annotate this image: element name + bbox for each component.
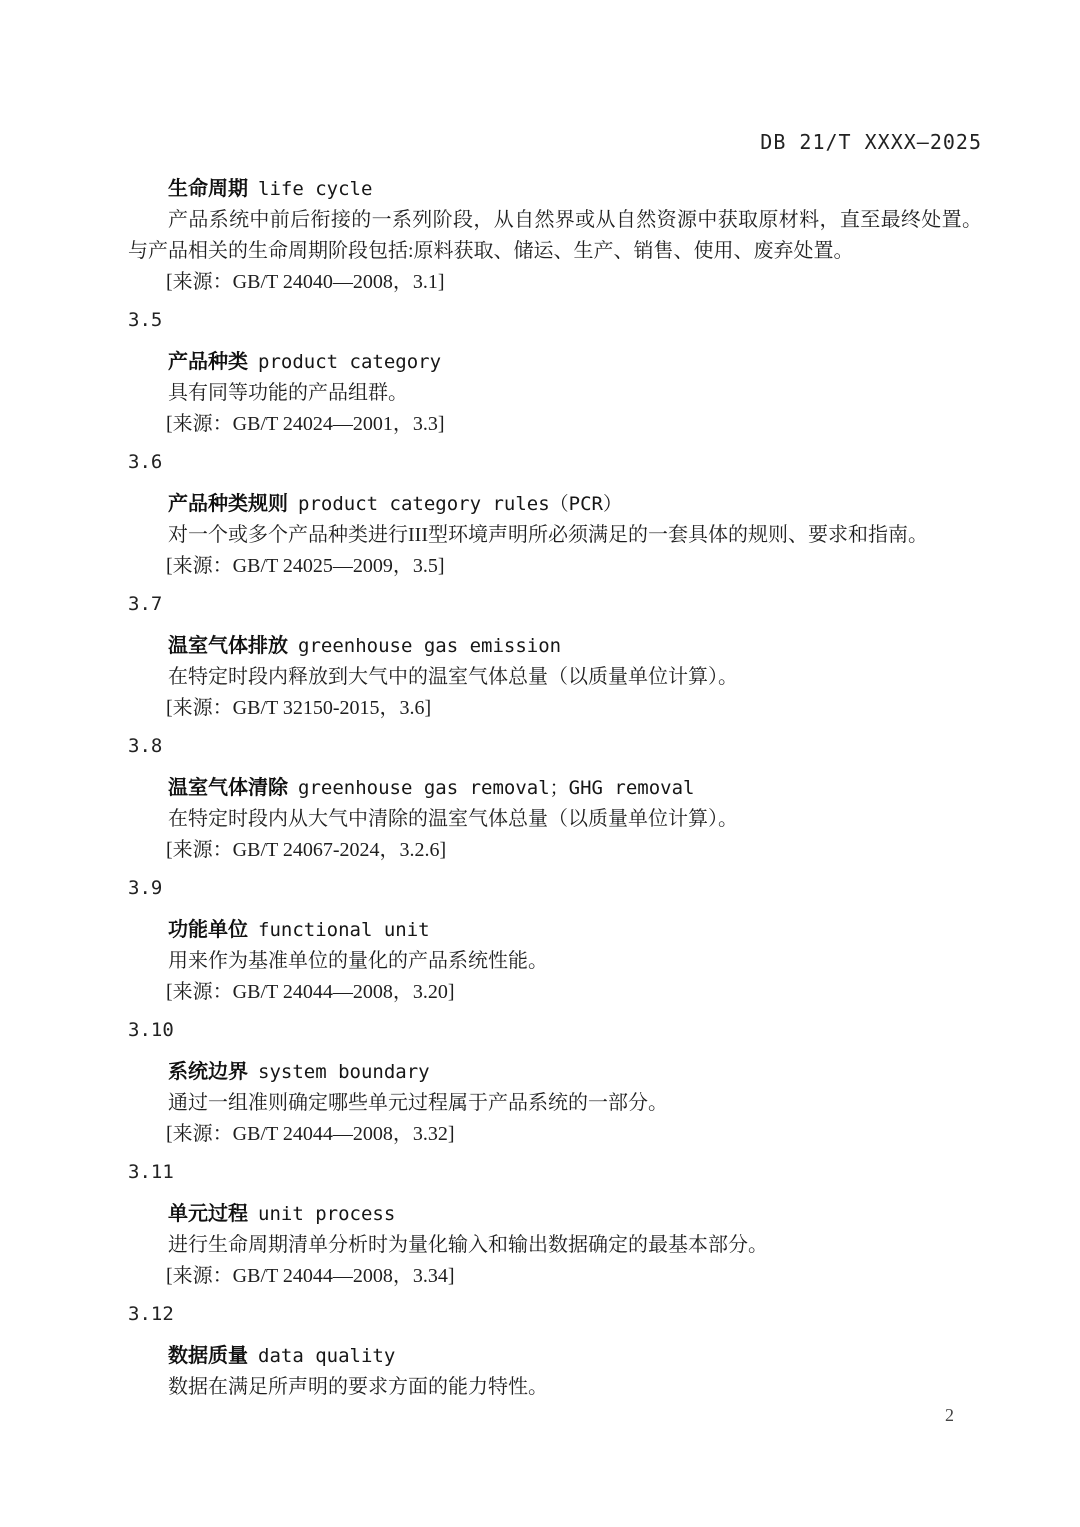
term-heading: 数据质量data quality	[128, 1341, 982, 1372]
term-heading: 温室气体排放greenhouse gas emission	[128, 631, 982, 662]
document-header: DB 21/T XXXX—2025	[128, 130, 982, 154]
term-heading: 系统边界system boundary	[128, 1057, 982, 1088]
term-source: [来源：GB/T 24044—2008，3.32]	[128, 1119, 982, 1150]
term-definition: 在特定时段内从大气中清除的温室气体总量（以质量单位计算）。	[128, 804, 982, 835]
term-entry: 3.11 单元过程unit process 进行生命周期清单分析时为量化输入和输…	[128, 1157, 982, 1292]
term-definition: 产品系统中前后衔接的一系列阶段，从自然界或从自然资源中获取原材料，直至最终处置。…	[128, 205, 982, 267]
section-number: 3.5	[128, 305, 982, 336]
term-chinese: 温室气体排放	[168, 635, 288, 657]
term-english: greenhouse gas removal；GHG removal	[298, 777, 695, 799]
term-entry: 3.10 系统边界system boundary 通过一组准则确定哪些单元过程属…	[128, 1015, 982, 1150]
term-heading: 单元过程unit process	[128, 1199, 982, 1230]
term-source: [来源：GB/T 24067-2024，3.2.6]	[128, 835, 982, 866]
document-page: DB 21/T XXXX—2025 生命周期life cycle 产品系统中前后…	[0, 0, 1080, 1527]
term-english: greenhouse gas emission	[298, 635, 561, 657]
terms-definitions-list: 生命周期life cycle 产品系统中前后衔接的一系列阶段，从自然界或从自然资…	[128, 174, 982, 1403]
section-number: 3.10	[128, 1015, 982, 1046]
term-chinese: 温室气体清除	[168, 777, 288, 799]
term-definition: 对一个或多个产品种类进行III型环境声明所必须满足的一套具体的规则、要求和指南。	[128, 520, 982, 551]
term-source: [来源：GB/T 24040—2008，3.1]	[128, 267, 982, 298]
term-chinese: 数据质量	[168, 1345, 248, 1367]
page-number: 2	[945, 1405, 954, 1425]
term-chinese: 单元过程	[168, 1203, 248, 1225]
term-chinese: 系统边界	[168, 1061, 248, 1083]
term-english: unit process	[258, 1203, 395, 1225]
term-heading: 产品种类product category	[128, 347, 982, 378]
term-chinese: 产品种类规则	[168, 493, 288, 515]
term-definition: 具有同等功能的产品组群。	[128, 378, 982, 409]
term-entry: 3.5 产品种类product category 具有同等功能的产品组群。 [来…	[128, 305, 982, 440]
term-entry: 3.6 产品种类规则product category rules（PCR） 对一…	[128, 447, 982, 582]
page-footer: 2	[128, 1405, 982, 1426]
term-definition: 数据在满足所声明的要求方面的能力特性。	[128, 1372, 982, 1403]
section-number: 3.11	[128, 1157, 982, 1188]
term-definition: 在特定时段内释放到大气中的温室气体总量（以质量单位计算）。	[128, 662, 982, 693]
term-entry: 3.9 功能单位functional unit 用来作为基准单位的量化的产品系统…	[128, 873, 982, 1008]
term-english: life cycle	[258, 178, 372, 200]
term-heading: 产品种类规则product category rules（PCR）	[128, 489, 982, 520]
term-chinese: 产品种类	[168, 351, 248, 373]
term-english: product category	[258, 351, 441, 373]
term-english: functional unit	[258, 919, 430, 941]
term-heading: 生命周期life cycle	[128, 174, 982, 205]
section-number: 3.6	[128, 447, 982, 478]
section-number: 3.7	[128, 589, 982, 620]
term-english: system boundary	[258, 1061, 430, 1083]
term-heading: 功能单位functional unit	[128, 915, 982, 946]
doc-number: DB 21/T XXXX—2025	[760, 130, 982, 154]
term-definition: 通过一组准则确定哪些单元过程属于产品系统的一部分。	[128, 1088, 982, 1119]
section-number: 3.8	[128, 731, 982, 762]
term-chinese: 功能单位	[168, 919, 248, 941]
term-entry: 生命周期life cycle 产品系统中前后衔接的一系列阶段，从自然界或从自然资…	[128, 174, 982, 298]
term-chinese: 生命周期	[168, 178, 248, 200]
term-definition: 进行生命周期清单分析时为量化输入和输出数据确定的最基本部分。	[128, 1230, 982, 1261]
term-source: [来源：GB/T 24044—2008，3.34]	[128, 1261, 982, 1292]
term-heading: 温室气体清除greenhouse gas removal；GHG removal	[128, 773, 982, 804]
term-source: [来源：GB/T 24025—2009，3.5]	[128, 551, 982, 582]
section-number: 3.9	[128, 873, 982, 904]
term-entry: 3.12 数据质量data quality 数据在满足所声明的要求方面的能力特性…	[128, 1299, 982, 1403]
term-source: [来源：GB/T 24044—2008，3.20]	[128, 977, 982, 1008]
section-number: 3.12	[128, 1299, 982, 1330]
term-entry: 3.7 温室气体排放greenhouse gas emission 在特定时段内…	[128, 589, 982, 724]
term-source: [来源：GB/T 24024—2001，3.3]	[128, 409, 982, 440]
term-entry: 3.8 温室气体清除greenhouse gas removal；GHG rem…	[128, 731, 982, 866]
term-english: product category rules（PCR）	[298, 493, 622, 515]
term-source: [来源：GB/T 32150-2015，3.6]	[128, 693, 982, 724]
term-definition: 用来作为基准单位的量化的产品系统性能。	[128, 946, 982, 977]
term-english: data quality	[258, 1345, 395, 1367]
